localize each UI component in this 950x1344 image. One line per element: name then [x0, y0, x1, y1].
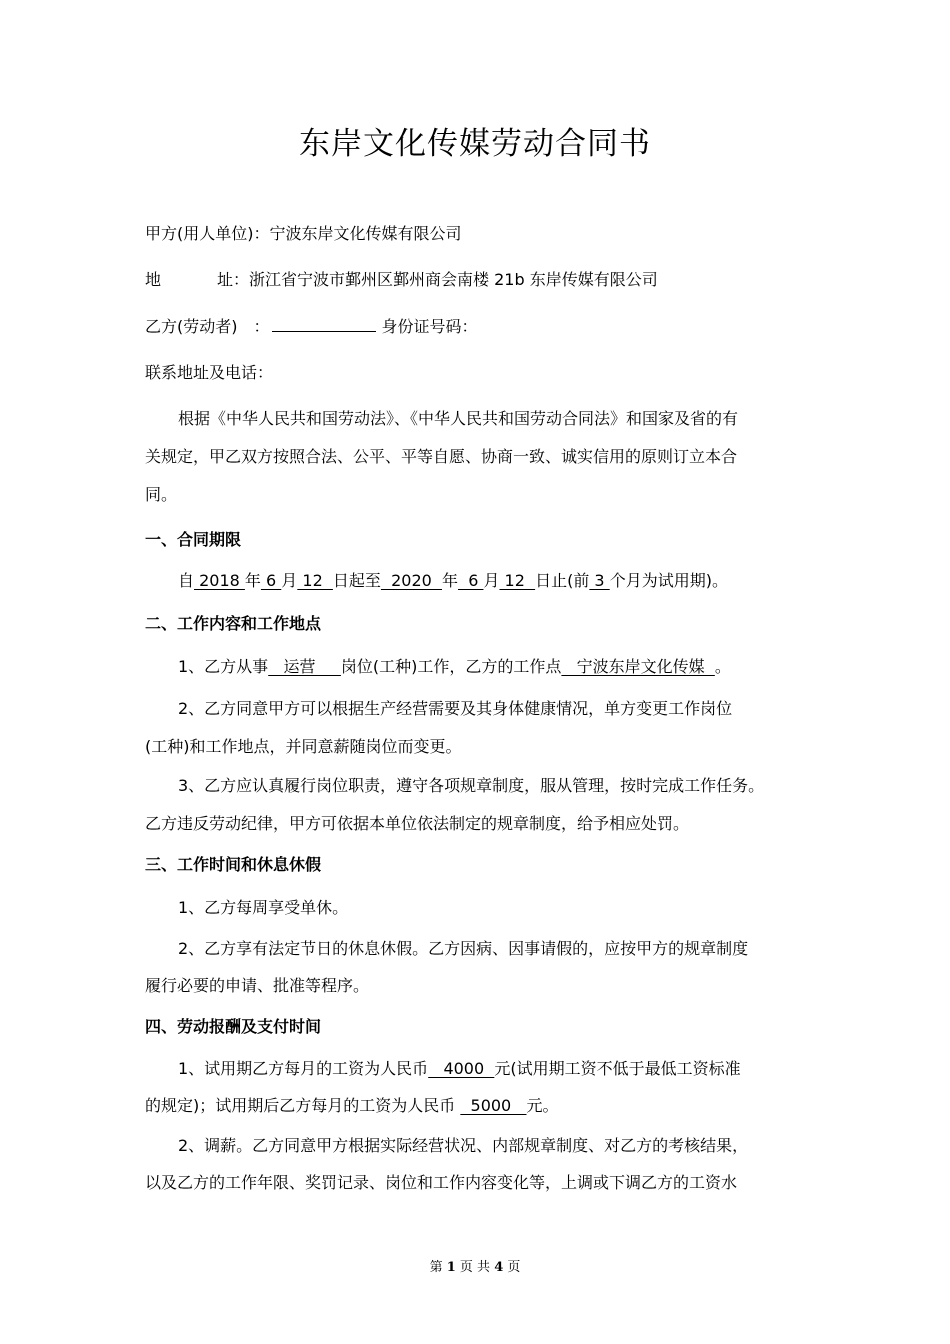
party-a-line: 甲方(用人单位)：宁波东岸文化传媒有限公司	[145, 224, 462, 244]
probation-months: 3	[589, 571, 609, 590]
section-3-item-1: 1、乙方每周享受单休。	[178, 898, 348, 918]
address-value: 浙江省宁波市鄞州区鄞州商会南楼 21b 东岸传媒有限公司	[249, 270, 658, 289]
section-3-item-2-line-2: 履行必要的申请、批准等程序。	[145, 976, 369, 996]
party-b-line: 乙方(劳动者) ：身份证号码：	[145, 317, 478, 337]
section-4-item-2-line-2: 以及乙方的工作年限、奖罚记录、岗位和工作内容变化等，上调或下调乙方的工资水	[145, 1173, 737, 1193]
party-a-value: 宁波东岸文化传媒有限公司	[270, 224, 462, 243]
section-3-heading: 三、工作时间和休息休假	[145, 855, 321, 875]
text: 1、乙方从事	[178, 657, 268, 676]
section-2-item-3-line-2: 乙方违反劳动纪律，甲方可依据本单位依法制定的规章制度，给予相应处罚。	[145, 814, 689, 834]
text: 日起至	[333, 571, 381, 590]
section-2-item-1: 1、乙方从事 运营 岗位(工种)工作，乙方的工作点 宁波东岸文化传媒 。	[178, 657, 731, 677]
section-2-heading: 二、工作内容和工作地点	[145, 614, 321, 634]
section-3-item-2-line-1: 2、乙方享有法定节日的休息休假。乙方因病、因事请假的，应按甲方的规章制度	[178, 939, 748, 959]
text: 月	[281, 571, 297, 590]
section-4-item-1-line-1: 1、试用期乙方每月的工资为人民币 4000 元(试用期工资不低于最低工资标准	[178, 1059, 741, 1079]
document-title: 东岸文化传媒劳动合同书	[0, 118, 950, 163]
section-2-item-3-line-1: 3、乙方应认真履行岗位职责，遵守各项规章制度，服从管理，按时完成工作任务。	[178, 776, 764, 796]
text: 日止(前	[535, 571, 589, 590]
address-label-left: 地	[145, 270, 161, 289]
contact-line: 联系地址及电话：	[145, 363, 273, 383]
party-a-label: 甲方(用人单位)：	[145, 224, 270, 243]
text: 年	[245, 571, 261, 590]
text: 岗位(工种)工作，乙方的工作点	[341, 657, 562, 676]
text: 自	[178, 571, 194, 590]
section-2-item-2-line-1: 2、乙方同意甲方可以根据生产经营需要及其身体健康情况，单方变更工作岗位	[178, 699, 732, 719]
text: 月	[483, 571, 499, 590]
start-day: 12	[297, 571, 333, 590]
current-page-number: 1	[447, 1260, 456, 1275]
section-4-heading: 四、劳动报酬及支付时间	[145, 1017, 321, 1037]
section-4-item-1-line-2: 的规定)；试用期后乙方每月的工资为人民币 5000 元。	[145, 1096, 559, 1116]
footer-text: 页	[507, 1260, 520, 1275]
end-month: 6	[458, 571, 483, 590]
party-b-name-blank[interactable]	[272, 317, 376, 332]
footer-text: 第	[430, 1260, 443, 1275]
text: 个月为试用期)。	[610, 571, 728, 590]
preamble-line-3: 同。	[145, 485, 177, 505]
start-year: 2018	[194, 571, 245, 590]
text: 年	[442, 571, 458, 590]
preamble-line-1: 根据《中华人民共和国劳动法》、《中华人民共和国劳动合同法》和国家及省的有	[178, 409, 738, 429]
section-4-item-2-line-1: 2、调薪。乙方同意甲方根据实际经营状况、内部规章制度、对乙方的考核结果，	[178, 1136, 748, 1156]
text: 1、试用期乙方每月的工资为人民币	[178, 1059, 428, 1078]
probation-salary: 4000	[428, 1059, 494, 1078]
address-line: 地址：浙江省宁波市鄞州区鄞州商会南楼 21b 东岸传媒有限公司	[145, 270, 658, 290]
party-b-label: 乙方(劳动者) ：	[145, 317, 270, 336]
end-day: 12	[499, 571, 535, 590]
text: 的规定)；试用期后乙方每月的工资为人民币	[145, 1096, 460, 1115]
address-label-right: 址：	[217, 270, 249, 289]
end-year: 2020	[381, 571, 442, 590]
text: 元(试用期工资不低于最低工资标准	[494, 1059, 740, 1078]
footer-text: 页 共	[460, 1260, 490, 1275]
contact-label: 联系地址及电话：	[145, 363, 273, 382]
position-value: 运营	[268, 657, 341, 676]
page-footer: 第 1 页 共 4 页	[0, 1256, 950, 1275]
text: 元。	[527, 1096, 559, 1115]
regular-salary: 5000	[460, 1096, 526, 1115]
workplace-value: 宁波东岸文化传媒	[561, 657, 714, 676]
section-1-heading: 一、合同期限	[145, 530, 241, 550]
section-2-item-2-line-2: (工种)和工作地点，并同意薪随岗位而变更。	[145, 737, 462, 757]
document-page: 东岸文化传媒劳动合同书 甲方(用人单位)：宁波东岸文化传媒有限公司 地址：浙江省…	[0, 0, 950, 1344]
start-month: 6	[261, 571, 281, 590]
text: 。	[715, 657, 731, 676]
id-number-label: 身份证号码：	[382, 317, 478, 336]
total-pages-number: 4	[494, 1260, 503, 1275]
contract-period-line: 自 2018 年 6 月 12 日起至 2020 年 6 月 12 日止(前 3…	[178, 571, 728, 591]
preamble-line-2: 关规定，甲乙双方按照合法、公平、平等自愿、协商一致、诚实信用的原则订立本合	[145, 447, 737, 467]
